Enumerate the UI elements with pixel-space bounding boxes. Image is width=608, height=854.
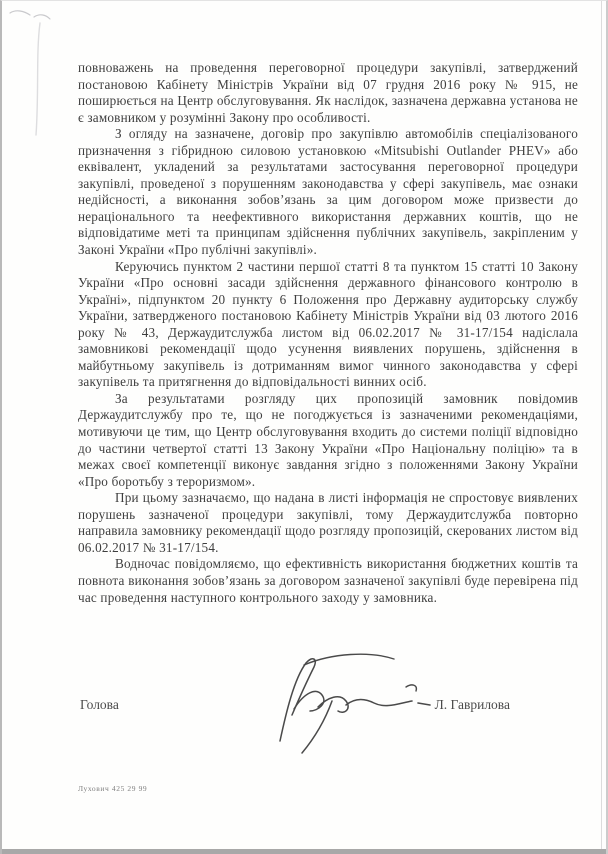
body-paragraph: повноважень на проведення переговорної п… [78,60,578,126]
pencil-mark [6,3,66,143]
scan-edge-right [601,1,602,854]
footer-reference: Лухович 425 29 99 [78,784,147,793]
signer-title: Голова [80,697,119,713]
signature-ink [232,646,442,761]
body-paragraph: Водночас повідомляємо, що ефективність в… [78,556,578,606]
signer-name: Л. Гаврилова [435,697,510,713]
scan-edge-bottom [2,849,606,854]
body-paragraph: Керуючись пунктом 2 частини першої статт… [78,259,578,391]
body-paragraph: За результатами розгляду цих пропозицій … [78,391,578,490]
letter-body: повноважень на проведення переговорної п… [78,60,578,606]
scanned-letter-page: повноважень на проведення переговорної п… [0,0,608,854]
body-paragraph: З огляду на зазначене, договір про закуп… [78,126,578,258]
body-paragraph: При цьому зазначаємо, що надана в листі … [78,490,578,556]
